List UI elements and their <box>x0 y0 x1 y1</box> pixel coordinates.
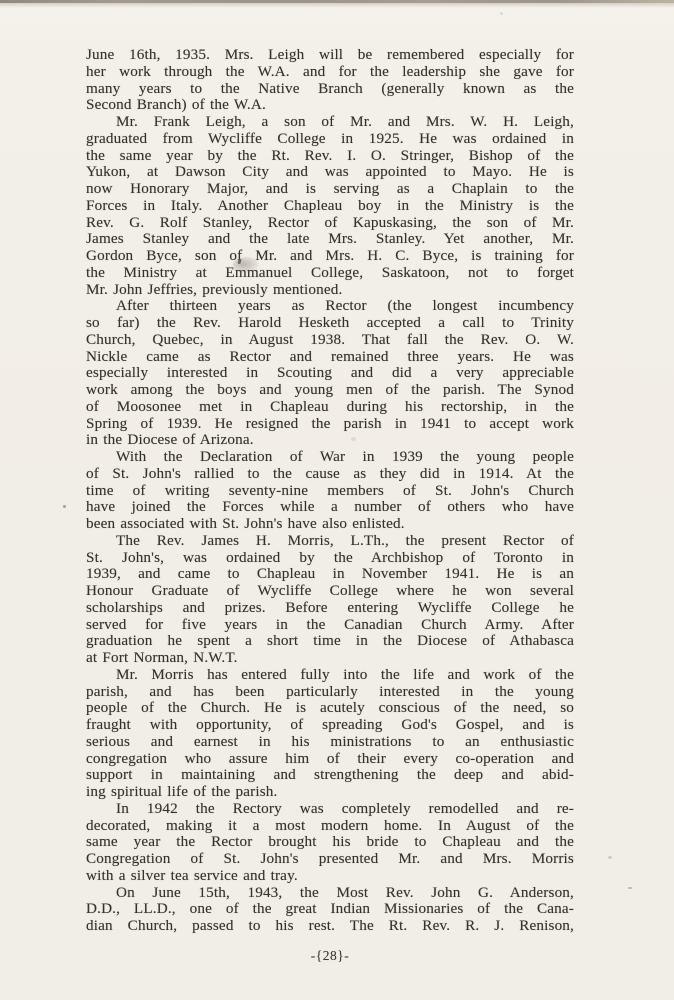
text-line: the Ministry at Emmanuel College, Saskat… <box>86 265 574 282</box>
page-number: -{28}- <box>86 948 574 964</box>
text-line: of St. John's rallied to the cause as th… <box>86 466 574 483</box>
paragraph: June 16th, 1935. Mrs. Leigh will be reme… <box>86 47 574 114</box>
text-line: in the Diocese of Arizona. <box>86 432 574 449</box>
text-line: On June 15th, 1943, the Most Rev. John G… <box>86 885 574 902</box>
text-line: In 1942 the Rectory was completely remod… <box>86 801 574 818</box>
text-line: now Honorary Major, and is serving as a … <box>86 181 574 198</box>
scan-speck <box>628 887 632 889</box>
text-line: D.D., LL.D., one of the great Indian Mis… <box>86 901 574 918</box>
text-line: support in maintaining and strengthening… <box>86 767 574 784</box>
paragraph: With the Declaration of War in 1939 the … <box>86 449 574 533</box>
text-line: scholarships and prizes. Before entering… <box>86 600 574 617</box>
text-line: congregation who assure him of their eve… <box>86 751 574 768</box>
text-line: Rev. G. Rolf Stanley, Rector of Kapuskas… <box>86 215 574 232</box>
text-line: fraught with opportunity, of spreading G… <box>86 717 574 734</box>
paragraph: After thirteen years as Rector (the long… <box>86 298 574 449</box>
text-line: June 16th, 1935. Mrs. Leigh will be reme… <box>86 47 574 64</box>
text-line: Mr. Morris has entered fully into the li… <box>86 667 574 684</box>
text-line: Honour Graduate of Wycliffe College wher… <box>86 583 574 600</box>
text-line: with a silver tea service and tray. <box>86 868 574 885</box>
text-line: Spring of 1939. He resigned the parish i… <box>86 416 574 433</box>
text-line: James Stanley and the late Mrs. Stanley.… <box>86 231 574 248</box>
text-line: graduated from Wycliffe College in 1925.… <box>86 131 574 148</box>
text-line: parish, and has been particularly intere… <box>86 684 574 701</box>
page-text-block: June 16th, 1935. Mrs. Leigh will be reme… <box>86 47 574 935</box>
text-line: same year the Rector brought his bride t… <box>86 834 574 851</box>
text-line: The Rev. James H. Morris, L.Th., the pre… <box>86 533 574 550</box>
book-page: June 16th, 1935. Mrs. Leigh will be reme… <box>0 0 674 1000</box>
text-line: Yukon, at Dawson City and was appointed … <box>86 164 574 181</box>
text-line: Mr. Frank Leigh, a son of Mr. and Mrs. W… <box>86 114 574 131</box>
text-line: the same year by the Rt. Rev. I. O. Stri… <box>86 148 574 165</box>
text-line: time of writing seventy-nine members of … <box>86 483 574 500</box>
text-line: Forces in Italy. Another Chapleau boy in… <box>86 198 574 215</box>
scan-speck <box>63 505 66 508</box>
text-line: serious and earnest in his ministrations… <box>86 734 574 751</box>
text-line: so far) the Rev. Harold Hesketh accepted… <box>86 315 574 332</box>
text-line: of Moosonee met in Chapleau during his r… <box>86 399 574 416</box>
scan-top-edge-shadow <box>0 3 674 8</box>
paragraph: On June 15th, 1943, the Most Rev. John G… <box>86 885 574 935</box>
paragraph: Mr. Morris has entered fully into the li… <box>86 667 574 801</box>
text-line: her work through the W.A. and for the le… <box>86 64 574 81</box>
scan-speck <box>500 12 503 15</box>
text-line: work among the boys and young men of the… <box>86 382 574 399</box>
text-line: Congregation of St. John's presented Mr.… <box>86 851 574 868</box>
text-line: ing spiritual life of the parish. <box>86 784 574 801</box>
text-line: been associated with St. John's have als… <box>86 516 574 533</box>
text-line: dian Church, passed to his rest. The Rt.… <box>86 918 574 935</box>
text-line: have joined the Forces while a number of… <box>86 499 574 516</box>
paragraph: The Rev. James H. Morris, L.Th., the pre… <box>86 533 574 667</box>
text-line: Second Branch) of the W.A. <box>86 97 574 114</box>
text-line: Mr. John Jeffries, previously mentioned. <box>86 282 574 299</box>
text-line: Nickle came as Rector and remained three… <box>86 349 574 366</box>
text-line: With the Declaration of War in 1939 the … <box>86 449 574 466</box>
paragraph: In 1942 the Rectory was completely remod… <box>86 801 574 885</box>
scan-speck <box>608 856 612 859</box>
text-line: many years to the Native Branch (general… <box>86 81 574 98</box>
text-line: Gordon Byce, son of Mr. and Mrs. H. C. B… <box>86 248 574 265</box>
text-line: people of the Church. He is acutely cons… <box>86 700 574 717</box>
text-line: After thirteen years as Rector (the long… <box>86 298 574 315</box>
text-line: served for five years in the Canadian Ch… <box>86 617 574 634</box>
text-line: graduation he spent a short time in the … <box>86 633 574 650</box>
paragraph: Mr. Frank Leigh, a son of Mr. and Mrs. W… <box>86 114 574 298</box>
text-line: St. John's, was ordained by the Archbish… <box>86 550 574 567</box>
text-line: especially interested in Scouting and di… <box>86 365 574 382</box>
text-line: Church, Quebec, in August 1938. That fal… <box>86 332 574 349</box>
text-line: 1939, and came to Chapleau in November 1… <box>86 566 574 583</box>
text-line: decorated, making it a most modern home.… <box>86 818 574 835</box>
text-line: at Fort Norman, N.W.T. <box>86 650 574 667</box>
